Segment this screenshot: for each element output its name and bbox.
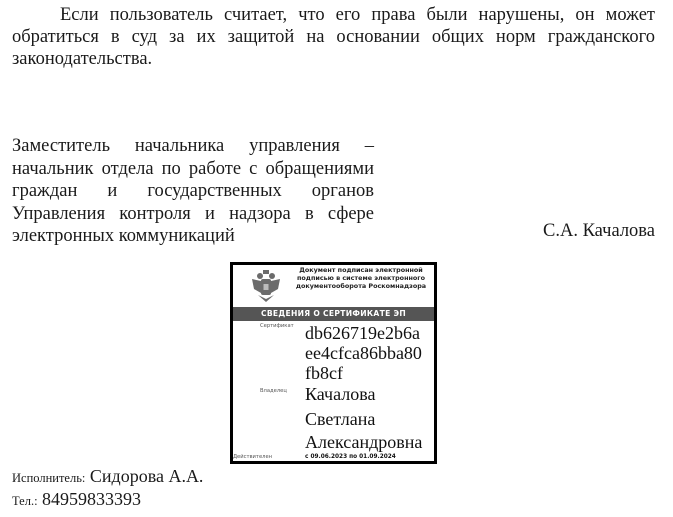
stamp-header: Документ подписан электронной подписью в… [233,265,434,307]
certificate-line-1: db626719e2b6a [305,324,420,344]
certificate-line-2: ee4cfca86bba80 [305,344,422,364]
certificate-section-title: СВЕДЕНИЯ О СЕРТИФИКАТЕ ЭП [233,307,434,321]
phone-line: Тел.: 84959833393 [12,489,203,512]
validity-value: с 09.06.2023 по 01.09.2024 [305,454,396,460]
electronic-signature-stamp: Документ подписан электронной подписью в… [230,262,437,464]
owner-line-1: Качалова [305,385,375,405]
phone-label: Тел.: [12,494,38,508]
owner-label: Владелец [260,388,287,394]
executor-line: Исполнитель: Сидорова А.А. [12,466,203,489]
phone-number: 84959833393 [42,489,141,509]
body-paragraph: Если пользователь считает, что его права… [12,4,655,70]
executor-label: Исполнитель: [12,471,85,485]
stamp-title: Документ подписан электронной подписью в… [295,266,427,290]
executor-block: Исполнитель: Сидорова А.А. Тел.: 8495983… [12,466,203,512]
validity-label: Действителен [233,454,272,460]
certificate-label: Сертификат [260,323,294,329]
signatory-position: Заместитель начальника управления – нача… [12,135,374,248]
executor-name: Сидорова А.А. [90,466,204,486]
coat-of-arms-icon [249,269,283,305]
certificate-line-3: fb8cf [305,364,343,384]
signatory-name: С.А. Качалова [543,220,655,242]
owner-line-3: Александровна [305,433,422,453]
owner-line-2: Светлана [305,410,375,430]
